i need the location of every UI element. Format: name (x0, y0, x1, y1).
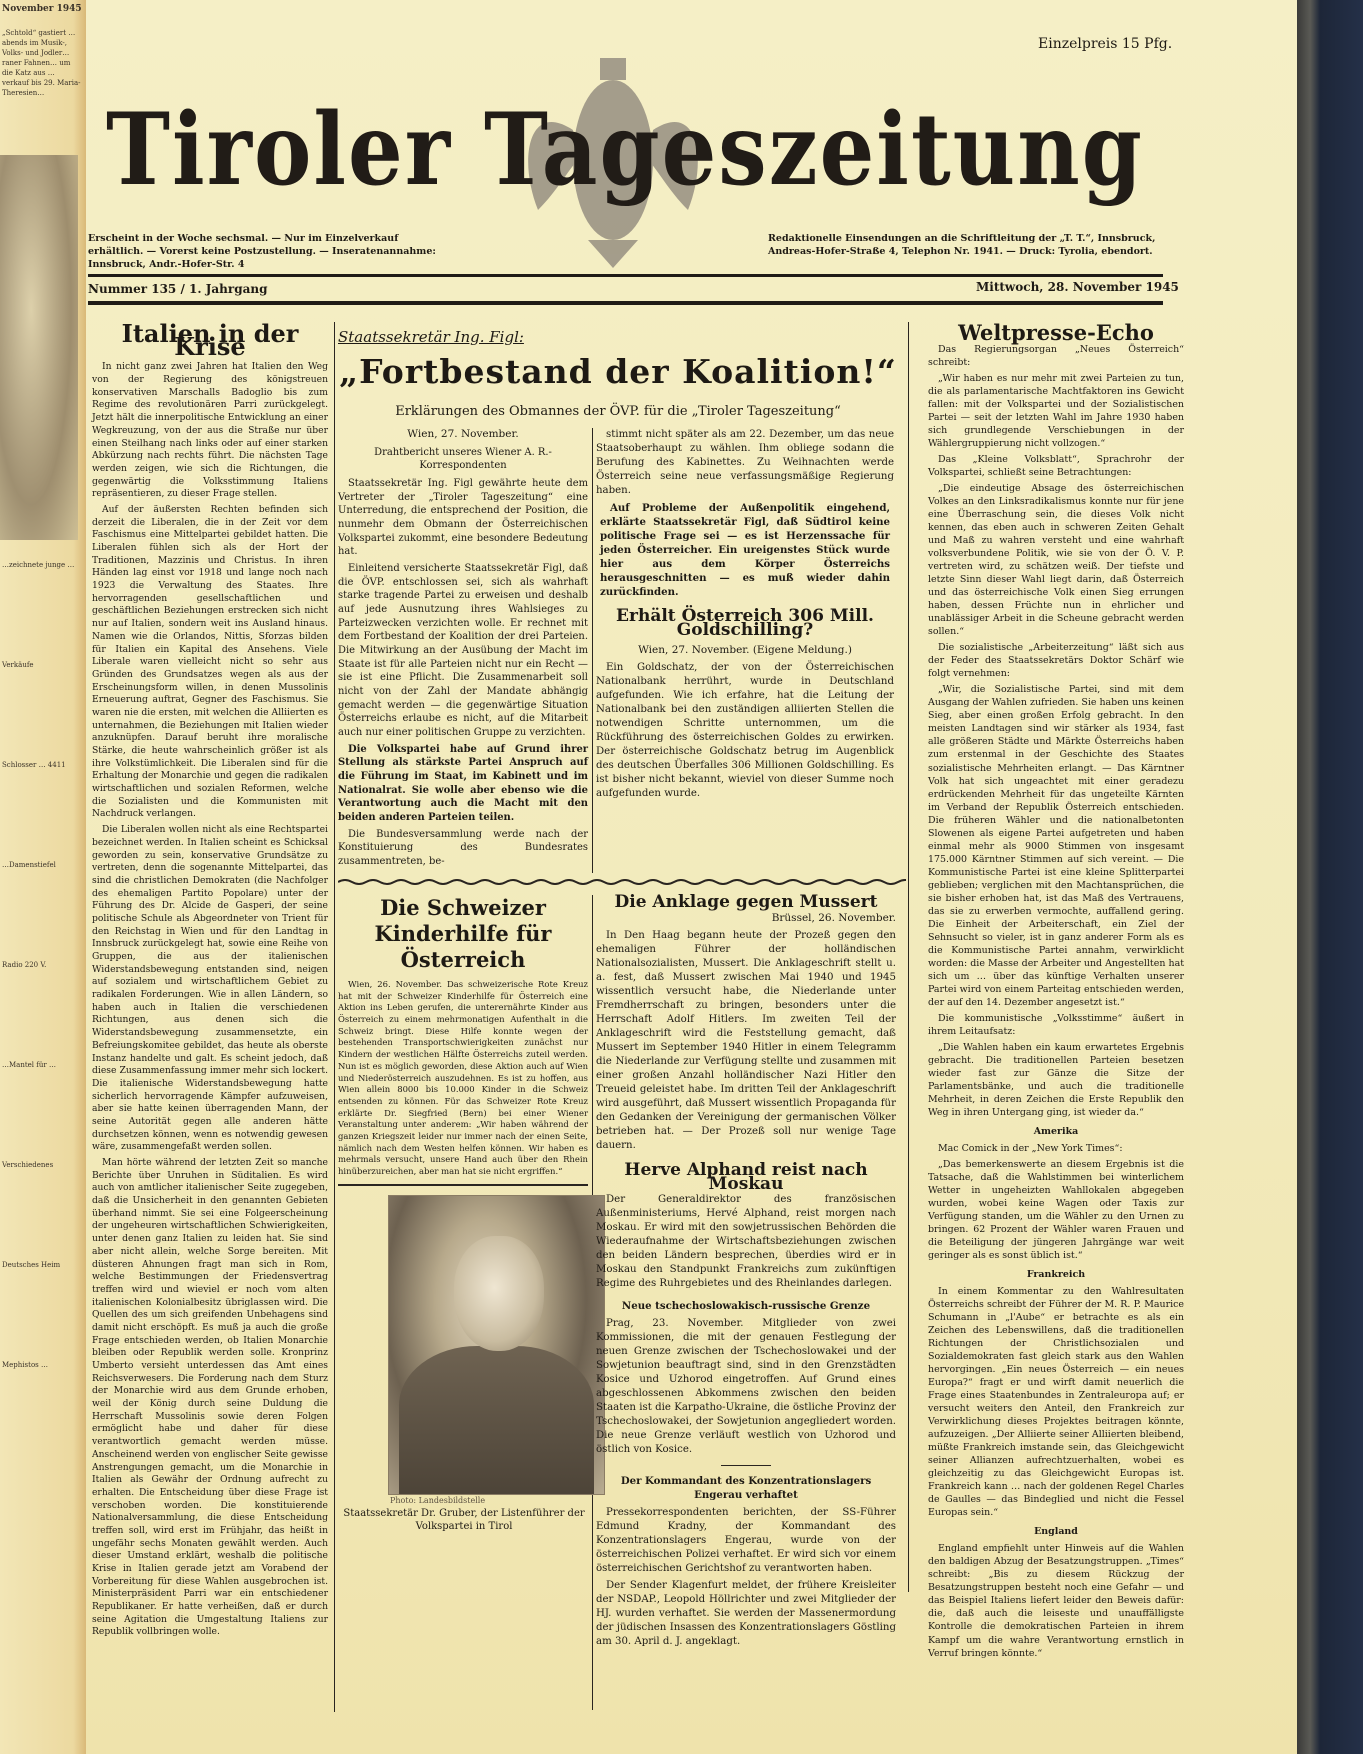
paragraph: Das „Kleine Volksblatt“, Sprachrohr der … (928, 453, 1184, 479)
paragraph: Pressekorrespondenten berichten, der SS-… (596, 1506, 896, 1576)
classified-fragment: …zeichnete junge … (2, 560, 82, 570)
paragraph: Die Bundesversammlung werde nach der Kon… (338, 828, 588, 869)
paragraph: In einem Kommentar zu den Wahlresultaten… (928, 1285, 1184, 1519)
paragraph: „Wir haben es nur mehr mit zwei Parteien… (928, 372, 1184, 450)
paragraph: Mac Comick in der „New York Times“: (928, 1142, 1184, 1155)
headline-weltpresse: Weltpresse-Echo (928, 326, 1184, 339)
article-mussert-column: Die Anklage gegen Mussert Brüssel, 26. N… (596, 895, 896, 1652)
column-divider (592, 428, 593, 873)
paragraph: Die kommunistische „Volksstimme“ äußert … (928, 1012, 1184, 1038)
paragraph: Staatssekretär Ing. Figl gewährte heute … (338, 477, 588, 559)
article-figl-col-b: stimmt nicht später als am 22. Dezember,… (596, 428, 894, 804)
kicker-figl: Staatssekretär Ing. Figl: (338, 328, 524, 346)
previous-page-date: November 1945 (2, 4, 82, 14)
editorial-info: Redaktionelle Einsendungen an die Schrif… (768, 232, 1168, 258)
article-weltpresse: Weltpresse-Echo Das Regierungsorgan „Neu… (928, 322, 1184, 1663)
deck-figl: Erklärungen des Obmannes der ÖVP. für di… (338, 404, 898, 419)
classified-fragment: …Damenstiefel (2, 860, 82, 870)
paragraph: „Die Wahlen haben ein kaum erwartetes Er… (928, 1041, 1184, 1119)
masthead-rule-bottom (88, 301, 1163, 305)
previous-page-edge: November 1945 „Schtold“ gastiert … abend… (0, 0, 86, 1754)
paragraph: In nicht ganz zwei Jahren hat Italien de… (92, 361, 328, 501)
classified-fragment: Mephistos … (2, 1360, 82, 1370)
dateline: Wien, 27. November. (338, 428, 588, 442)
paragraph: Man hörte während der letzten Zeit so ma… (92, 1157, 328, 1639)
wavy-divider (338, 878, 906, 886)
section-frankreich: Frankreich (928, 1268, 1184, 1281)
article-figl-col-a: Wien, 27. November. Drahtbericht unseres… (338, 428, 588, 872)
paragraph: Das Regierungsorgan „Neues Österreich“ s… (928, 343, 1184, 369)
photo-figure-coat (399, 1346, 594, 1494)
paragraph: „Das bemerkenswerte an diesem Ergebnis i… (928, 1158, 1184, 1262)
paragraph: Der Sender Klagenfurt meldet, der früher… (596, 1579, 896, 1649)
paragraph: In Den Haag begann heute der Prozeß gege… (596, 929, 896, 1153)
issue-date: Mittwoch, 28. November 1945 (976, 280, 1179, 294)
paragraph: Ein Goldschatz, der von der Österreichis… (596, 661, 894, 801)
divider (338, 1184, 588, 1186)
paragraph: Die sozialistische „Arbeiterzeitung“ läß… (928, 641, 1184, 680)
photo-gruber (388, 1195, 605, 1495)
price: Einzelpreis 15 Pfg. (1038, 36, 1172, 52)
headline-grenze: Neue tschechoslowakisch-russische Grenze (596, 1299, 896, 1313)
masthead-rule (88, 274, 1163, 277)
newspaper-title: Tiroler Tageszeitung (106, 92, 1144, 208)
previous-page-classifieds: …zeichnete junge …VerkäufeSchlosser … 44… (2, 560, 82, 1460)
paragraph: Die Liberalen wollen nicht als eine Rech… (92, 824, 328, 1154)
issue-number: Nummer 135 / 1. Jahrgang (88, 282, 268, 296)
classified-fragment: …Mantel für … (2, 1060, 82, 1070)
paragraph: stimmt nicht später als am 22. Dezember,… (596, 428, 894, 498)
headline-schweiz: Die Schweizer Kinderhilfe für Österreich (338, 895, 588, 973)
short-rule (721, 1465, 771, 1466)
section-amerika: Amerika (928, 1125, 1184, 1138)
headline-engerau: Der Kommandant des Konzentrationslagers … (596, 1474, 896, 1502)
headline-italien: Italien in der Krise (92, 328, 328, 353)
paragraph-suedtirol: Auf Probleme der Außenpolitik eingehend,… (596, 501, 894, 599)
classified-fragment: Schlosser … 4411 (2, 760, 82, 770)
paragraph: Wien, 26. November. Das schweizerische R… (338, 979, 588, 1178)
classified-fragment: Verschiedenes (2, 1160, 82, 1170)
dateline: Brüssel, 26. November. (596, 911, 896, 925)
paragraph: „Die eindeutige Absage des österreichisc… (928, 482, 1184, 638)
paragraph: „Wir, die Sozialistische Partei, sind mi… (928, 683, 1184, 1008)
previous-page-snippet: „Schtold“ gastiert … abends im Musik-, V… (2, 28, 82, 98)
paragraph: Prag, 23. November. Mitglieder von zwei … (596, 1317, 896, 1457)
dateline: Wien, 27. November. (Eigene Meldung.) (596, 643, 894, 657)
column-divider (334, 322, 335, 1712)
paragraph: Einleitend versicherte Staatssekretär Fi… (338, 562, 588, 740)
photo-caption: Staatssekretär Dr. Gruber, der Listenfüh… (338, 1507, 590, 1533)
photo-figure-face (454, 1236, 544, 1351)
classified-fragment: Verkäufe (2, 660, 82, 670)
photo-credit: Photo: Landesbildstelle (390, 1496, 485, 1505)
paragraph: Der Generaldirektor des französischen Au… (596, 1193, 896, 1291)
section-england: England (928, 1525, 1184, 1538)
article-schweiz: Die Schweizer Kinderhilfe für Österreich… (338, 895, 588, 1186)
book-binding (1297, 0, 1363, 1754)
headline-mussert: Die Anklage gegen Mussert (596, 895, 896, 909)
headline-figl: „Fortbestand der Koalition!“ (338, 352, 898, 391)
paragraph: England empfiehlt unter Hinweis auf die … (928, 1542, 1184, 1659)
publication-info: Erscheint in der Woche sechsmal. — Nur i… (88, 232, 453, 271)
classified-fragment: Radio 220 V. (2, 960, 82, 970)
article-italien: Italien in der Krise In nicht ganz zwei … (92, 322, 328, 1642)
paragraph: Die Volkspartei habe auf Grund ihrer Ste… (338, 743, 588, 825)
headline-gold: Erhält Österreich 306 Mill. Goldschillin… (596, 609, 894, 637)
source-line: Drahtbericht unseres Wiener A. R.-Korres… (338, 446, 588, 473)
previous-page-image (0, 155, 78, 540)
classified-fragment: Deutsches Heim (2, 1260, 82, 1270)
paragraph: Auf der äußersten Rechten befinden sich … (92, 504, 328, 821)
headline-alphand: Herve Alphand reist nach Moskau (596, 1163, 896, 1191)
column-divider (908, 322, 909, 1592)
